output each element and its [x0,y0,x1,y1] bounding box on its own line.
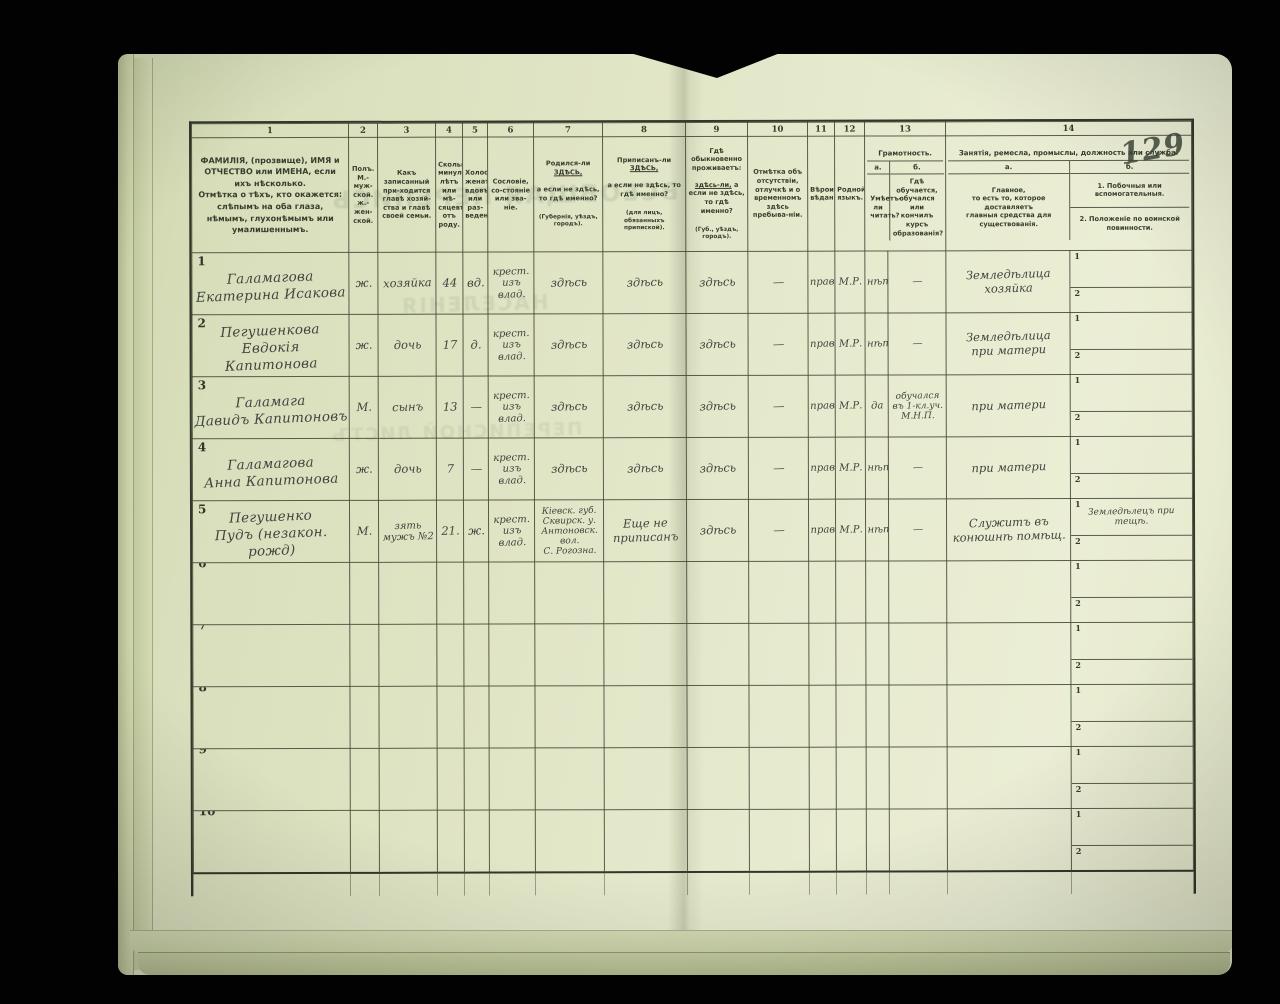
col-header-estate: Сословіе, со-стояніе или зва-ніе. [488,137,534,252]
cell-marital-status: вд. [462,252,489,315]
cell-name-and-notes: 10 [193,811,350,874]
cell-education: — [888,498,948,562]
cell-age: 44 [435,252,464,315]
cell-relation-to-head: дочь [378,438,438,502]
cell-occupation-secondary: 1 2 [1071,808,1193,871]
page-fold-shadow [668,54,704,975]
cell-can-read: нѣтъ [865,437,890,500]
cell-estate: крест. изъ влад. [487,252,535,315]
cell-age: 17 [435,314,464,377]
cell-education: — [887,250,947,314]
paper-edge-left-outer [118,54,134,975]
cell-name-and-notes: 1Галамагова Екатерина Исакова [192,253,349,315]
row-number: 10 [199,811,216,819]
cell-occupation-main: при матери [946,435,1072,501]
cell-marital-status: д. [462,314,489,377]
photo-canvas: ВСЕОБЩАЯ ПЕРЕПИСЬ НАСЕЛЕНІЯ ПЕРЕПИСНОЙ Л… [0,0,1280,1004]
cell-name-and-notes: 2Пегушенкова Евдокія Капитонова [192,315,349,377]
cell-can-read: нѣтъ [864,313,889,376]
cell-birthplace: Кіевск. губ. Сквирск. у. Антоновск. вол.… [534,499,604,562]
cell-native-language: М.Р. [835,499,867,562]
cell-relation-to-head: хозяйка [377,252,437,316]
cell-occupation-secondary: 1 2 [1070,436,1192,498]
col-number: 5 [462,123,487,137]
cell-absence-note: — [747,375,809,439]
col-number: 6 [487,123,533,137]
cell-sex: ж. [349,438,380,501]
cell-can-read: нѣтъ [864,251,889,314]
cell-education: — [887,312,947,376]
col-header-absence: Отмѣтка объ отсутствіи, отлучкѣ и о врем… [748,136,808,251]
cell-occupation-secondary: 1Земледѣлецъ при тещѣ. 2 [1070,498,1192,560]
cell-education: обучался въ 1-кл.уч. М.Н.П. [888,375,947,438]
cell-can-read: нѣтъ [865,499,890,562]
census-page: ВСЕОБЩАЯ ПЕРЕПИСЬ НАСЕЛЕНІЯ ПЕРЕПИСНОЙ Л… [118,54,1232,975]
col-number: 10 [747,122,807,136]
cell-religion: прав. [807,375,836,438]
cell-name-and-notes: 8 [193,687,350,749]
cell-relation-to-head: сынъ [377,376,437,440]
row-number: 9 [199,749,207,757]
cell-birthplace: здѣсь [533,375,604,439]
cell-religion: прав. [807,251,836,314]
page-fold-notch [630,54,780,78]
col-number: 2 [348,123,377,137]
cell-estate: крест. изъ влад. [487,376,535,439]
cell-occupation-secondary: 1 2 [1071,622,1193,684]
cell-can-read: да [864,375,889,438]
cell-absence-note: — [747,313,809,377]
cell-occupation-main: Земледѣлица хозяйка [945,249,1071,315]
cell-occupation-main: при матери [945,373,1071,439]
cell-sex: М. [349,500,380,563]
row-number: 8 [198,687,206,695]
col-header-surname: ФАМИЛІЯ, (прозвище), ИМЯ и ОТЧЕСТВО или … [192,137,349,253]
cell-relation-to-head: дочь [377,314,437,378]
cell-estate: крест. изъ влад. [488,500,536,563]
cell-marital-status: — [463,438,490,501]
cell-name-and-notes: 3Галамага Давидъ Капитоновъ [192,377,349,439]
cell-age: 13 [435,376,464,439]
col-header-literacy: Грамотность. а. Умѣетъ-ли читать? б. Гдѣ… [865,136,946,251]
cell-marital-status: ж. [463,500,490,563]
cell-native-language: М.Р. [834,375,866,438]
cell-occupation-secondary: 1 2 [1070,312,1192,374]
cell-age: 7 [436,438,465,501]
cell-name-and-notes: 9 [193,749,350,811]
cell-sex: ж. [348,314,379,377]
cell-name-and-notes: 7 [193,625,350,687]
col-number: 7 [533,123,602,137]
cell-birthplace: здѣсь [533,251,604,315]
col-number: 3 [377,123,435,137]
cell-absence-note: — [747,251,809,315]
col-header-native-language: Родной языкъ. [835,136,865,251]
cell-religion: прав. [808,437,837,500]
cell-occupation-secondary: 1 2 [1071,560,1193,622]
cell-occupation-main: Земледѣлица при матери [945,311,1071,377]
col-header-religion: Вѣроиспо-вѣданіе. [808,136,835,251]
col-number: 4 [435,123,462,137]
cell-estate: крест. изъ влад. [488,438,536,501]
cell-occupation-secondary: 1 2 [1070,374,1192,436]
col-number: 11 [807,122,834,136]
col-header-birthplace: Родился-ли ЗДѢСЬ, а если не здѣсь, то гд… [534,137,603,252]
cell-estate: крест. изъ влад. [487,314,535,377]
cell-birthplace: здѣсь [534,437,605,501]
cell-sex: ж. [348,252,379,315]
cell-absence-note: — [748,437,810,501]
cell-occupation-secondary: 1 2 [1071,746,1193,808]
row-number: 7 [198,625,206,633]
cell-name-and-notes: 4Галамагова Анна Капитонова [192,439,349,501]
cell-occupation-secondary: 1 2 [1070,250,1192,312]
cell-marital-status: — [462,376,489,439]
cell-birthplace: здѣсь [533,313,604,377]
col-number: 1 [191,123,348,137]
col-header-age: Сколько минуло лѣтъ или мѣ-сяцевъ отъ ро… [436,137,463,252]
col-number: 12 [834,122,864,136]
cell-religion: прав. [808,499,837,562]
cell-native-language: М.Р. [834,251,866,314]
col-number: 13 [864,122,945,136]
paper-edge-left-inner [134,58,153,970]
cell-age: 21. [436,500,465,563]
cell-relation-to-head: зять мужъ №2 [378,500,438,564]
cell-education: — [888,436,948,500]
paper-edge-bottom-inner [138,952,1230,975]
paper-edge-bottom-outer [130,930,1232,953]
cell-absence-note: — [748,499,810,563]
row-number: 6 [198,563,206,571]
cell-name-and-notes: 5Пегушенко Пудъ (незакон. рожд) [192,501,349,563]
cell-native-language: М.Р. [835,437,867,500]
cell-occupation-secondary: 1 2 [1071,684,1193,746]
cell-sex: М. [348,376,379,439]
cell-religion: прав. [807,313,836,376]
cell-name-and-notes: 6 [193,563,350,625]
cell-occupation-main: Служитъ въ конюшнѣ помѣщ. [946,497,1072,563]
col-header-marital-status: Холостъ, женатъ, вдовъ или раз-веденъ. [463,137,488,252]
cell-native-language: М.Р. [834,313,866,376]
col-header-sex: Полъ. М.-муж- ской. ж.-жен- ской. [349,137,378,252]
col-header-relation: Какъ записанный при-ходится главѣ хозяй-… [378,137,436,252]
